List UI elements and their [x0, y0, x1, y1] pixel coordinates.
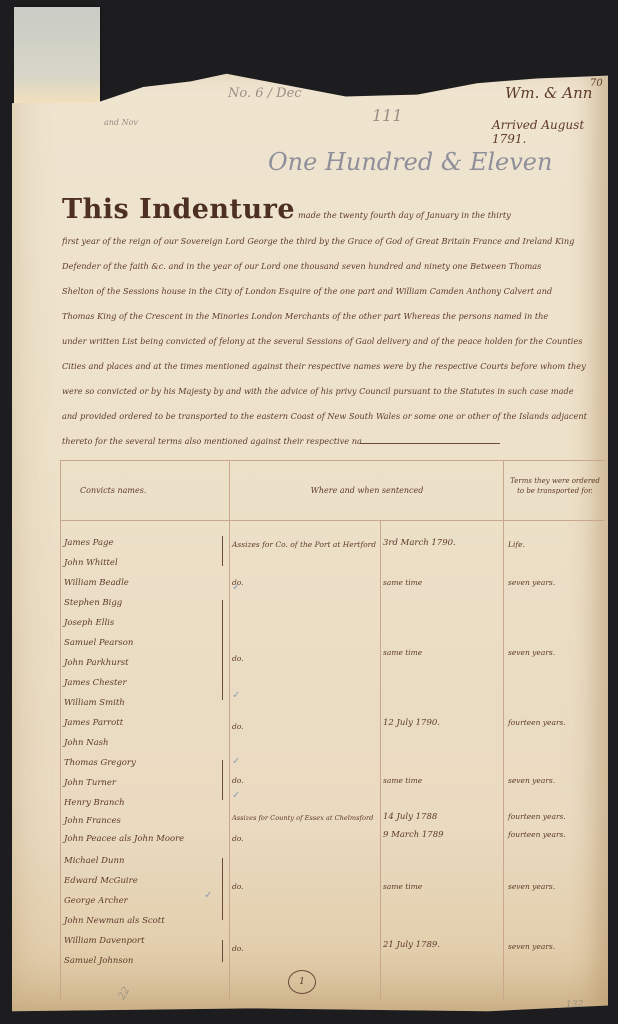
sentence-date: same time	[383, 578, 422, 587]
convict-name: John Whittel	[64, 558, 118, 568]
sentence-term: fourteen years.	[508, 812, 566, 821]
amount-script: One Hundred & Eleven	[268, 148, 552, 176]
convict-name: John Parkhurst	[64, 658, 129, 668]
bracket-mark	[222, 760, 226, 800]
convict-name: Henry Branch	[64, 798, 125, 808]
sentence-place: do.	[232, 834, 244, 843]
convict-name: George Archer	[64, 896, 128, 906]
body-line-5: under written List being convicted of fe…	[62, 336, 602, 346]
convict-name: William Davenport	[64, 936, 145, 946]
convict-name: James Page	[64, 538, 114, 548]
body-line-0: made the twenty fourth day of January in…	[298, 210, 511, 220]
body-line-2: Defender of the faith &c. and in the yea…	[62, 261, 602, 271]
sentence-date: same time	[383, 648, 422, 657]
pencil-note-bottom-right: 132	[566, 1000, 583, 1010]
convict-name: John Turner	[64, 778, 116, 788]
sentence-place: do.	[232, 722, 244, 731]
folio-note-faint: No. 6 / Dec	[228, 86, 302, 101]
convict-name: Stephen Bigg	[64, 598, 122, 608]
convict-name: John Frances	[64, 816, 121, 826]
sentence-place: do.	[232, 944, 244, 953]
sentence-term: fourteen years.	[508, 718, 566, 727]
bracket-mark	[222, 858, 226, 920]
sentence-date: 14 July 1788	[383, 812, 437, 822]
closing-flourish	[360, 443, 500, 444]
sentence-term: seven years.	[508, 882, 555, 891]
header-where-when: Where and when sentenced	[232, 486, 502, 495]
convict-name: William Smith	[64, 698, 125, 708]
sentence-place: do.	[232, 882, 244, 891]
bracket-mark	[222, 940, 226, 962]
sentence-place: Assizes for Co. of the Port at Hertford	[232, 540, 376, 549]
convict-name: John Newman als Scott	[64, 916, 165, 926]
convict-name: James Parrott	[64, 718, 123, 728]
check-mark-icon: ✓	[204, 890, 212, 901]
body-line-1: first year of the reign of our Sovereign…	[62, 236, 602, 246]
sentence-date: 12 July 1790.	[383, 718, 440, 728]
body-line-3: Shelton of the Sessions house in the Cit…	[62, 286, 602, 296]
col-rule-1	[229, 460, 230, 1000]
ship-name-note: Wm. & Ann	[505, 84, 592, 102]
sentence-date: 21 July 1789.	[383, 940, 440, 950]
sentence-place: Assizes for County of Essex at Chelmsfor…	[232, 814, 373, 822]
check-mark-icon: ✓	[232, 690, 240, 701]
convict-name: Samuel Johnson	[64, 956, 133, 966]
convict-name: John Nash	[64, 738, 109, 748]
sentence-date: same time	[383, 882, 422, 891]
body-line-4: Thomas King of the Crescent in the Minor…	[62, 311, 602, 321]
body-line-6: Cities and places and at the times menti…	[62, 361, 602, 371]
header-names: Convicts names.	[62, 486, 160, 495]
body-line-8: and provided ordered to be transported t…	[62, 411, 602, 421]
check-mark-icon: ✓	[232, 790, 240, 801]
convict-name: Thomas Gregory	[64, 758, 136, 768]
convict-name: James Chester	[64, 678, 127, 688]
body-line-9: thereto for the several terms also menti…	[62, 436, 362, 446]
header-terms: Terms they were ordered to be transporte…	[508, 476, 602, 496]
col-rule-3	[503, 460, 504, 1000]
table-left-rule	[60, 460, 61, 1000]
table-header-rule	[60, 520, 605, 521]
bracket-mark	[222, 600, 226, 700]
sentence-place: do.	[232, 776, 244, 785]
folio-number: 111	[372, 106, 403, 125]
sentence-term: seven years.	[508, 942, 555, 951]
sentence-date: 3rd March 1790.	[383, 538, 456, 548]
bracket-mark	[222, 536, 226, 566]
circled-page-number: 1	[288, 970, 316, 994]
document-title: This Indenture	[62, 194, 295, 225]
sentence-term: seven years.	[508, 776, 555, 785]
sentence-term: fourteen years.	[508, 830, 566, 839]
convict-name: John Peacee als John Moore	[64, 834, 184, 844]
check-mark-icon: ✓	[232, 756, 240, 767]
sentence-term: seven years.	[508, 578, 555, 587]
sentence-term: Life.	[508, 540, 525, 549]
convict-name: Samuel Pearson	[64, 638, 133, 648]
check-mark-icon: ✓	[232, 582, 240, 593]
sentence-date: same time	[383, 776, 422, 785]
convict-name: Michael Dunn	[64, 856, 124, 866]
table-top-rule	[60, 460, 605, 461]
folio-top-right: 70	[590, 78, 603, 89]
col-rule-2	[380, 520, 381, 1000]
margin-note-faint: and Nov	[104, 118, 138, 127]
sentence-place: do.	[232, 654, 244, 663]
sentence-date: 9 March 1789	[383, 830, 444, 840]
convict-name: Edward McGuire	[64, 876, 138, 886]
sentence-term: seven years.	[508, 648, 555, 657]
body-line-7: were so convicted or by his Majesty by a…	[62, 386, 602, 396]
convict-name: William Beadle	[64, 578, 129, 588]
convict-name: Joseph Ellis	[64, 618, 114, 628]
arrival-note: Arrived August 1791.	[492, 118, 618, 146]
